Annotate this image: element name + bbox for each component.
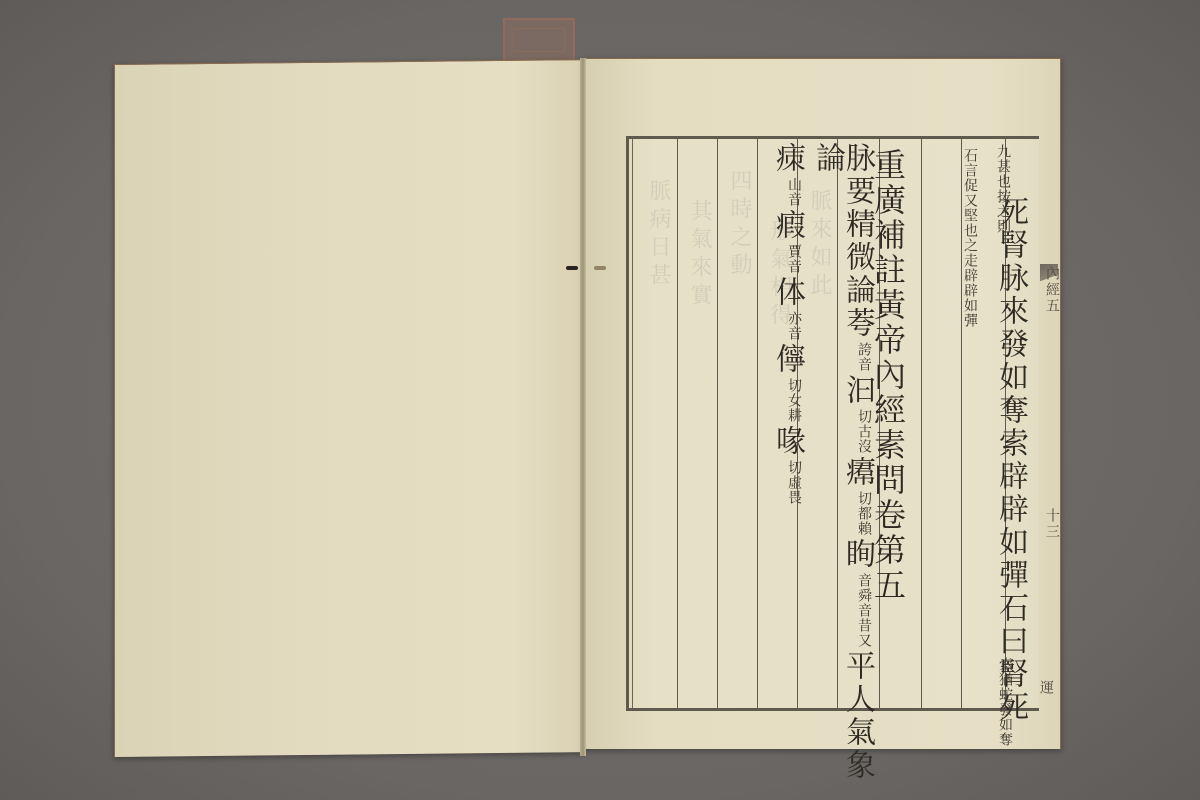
binding-stitch-right [594,266,606,270]
book-photo: 脈病日甚 其氣來實 四時之動 形氣相得 脈來如此 內經五 十三 運 按之則 九甚… [0,0,1200,800]
annotation-pair: 女耕切 [786,378,802,423]
annotation-pair: 之走辟辟如彈 石言促又堅也 [962,148,978,328]
left-page-blank [114,59,585,757]
annotation-pair: 音賈 [786,244,802,274]
show-through-text: 四時之動 [724,169,755,281]
annotation-pair: 虛畏切 [786,460,802,505]
margin-bottom-char: 運 [1036,680,1056,696]
text-column-3: 脉要精微論荂音誇汩古沒切𤸷都賴切眴音昔又音舜平人氣象論 [812,142,872,800]
annotation-pair: 古沒切 [856,409,872,454]
text-column-4: 㾊音山瘕音賈体音亦儜女耕切喙虛畏切 [772,142,802,507]
column-rule [717,139,718,708]
show-through-text: 其氣來實 [684,199,715,311]
annotation-pair: 發如奪 索猶蛇 [997,657,1013,747]
text-column-1-tail: 發如奪 索猶蛇 [997,655,1013,749]
margin-page-number: 十三 [1042,508,1062,540]
margin-title: 內經五 [1042,266,1062,314]
column-rule [921,139,922,708]
show-through-text: 脈病日甚 [643,179,674,291]
annotation-pair: 音昔又音舜 [856,573,872,648]
main-text-column-1: 死腎脉來發如奪索辟辟如彈石曰腎死 [995,196,1025,724]
annotation-pair: 音山 [786,177,802,207]
book-gutter [580,58,586,756]
text-column-2: 之走辟辟如彈 石言促又堅也 [962,146,978,330]
annotation-pair: 都賴切 [856,491,872,536]
chapter-title: 重廣補註黃帝內經素問卷第五 [872,148,904,603]
annotation-pair: 音亦 [786,311,802,341]
binding-stitch-left [566,266,578,270]
column-rule [757,139,758,708]
annotation-pair: 音誇 [856,342,872,372]
column-rule [677,139,678,708]
red-seal-stamp [503,18,575,62]
